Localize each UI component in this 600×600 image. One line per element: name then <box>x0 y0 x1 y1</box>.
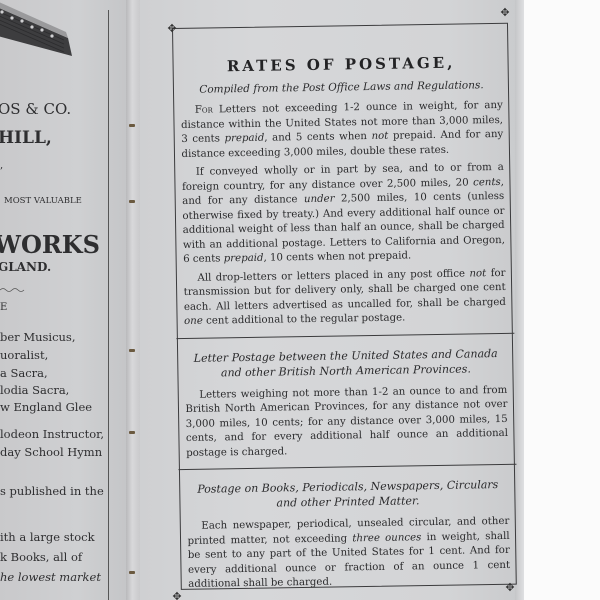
left-page-line: WORKS <box>0 230 100 259</box>
left-page-line: lodeon Instructor, <box>0 427 104 441</box>
text-run: , and 5 cents when <box>264 131 371 144</box>
left-page-line: HILL, <box>0 128 52 148</box>
music-book-illustration <box>0 0 80 84</box>
left-page-line: day School Hymn <box>0 445 102 459</box>
rate-sections: Letter Postage between the United States… <box>185 345 511 592</box>
wavy-rule <box>0 287 40 293</box>
left-page-line: he lowest market <box>0 570 101 584</box>
page-edge <box>515 0 524 600</box>
book-photo: OS & CO.HILL,,MOST VALUABLEWORKSGLAND.Eb… <box>0 0 600 600</box>
text-run: under <box>304 194 335 205</box>
left-page: OS & CO.HILL,,MOST VALUABLEWORKSGLAND.Eb… <box>0 0 130 600</box>
left-page-line: w England Glee <box>0 400 92 414</box>
left-page-line: , <box>0 160 3 171</box>
postage-rates-content: RATES OF POSTAGE, Compiled from the Post… <box>180 53 510 596</box>
left-page-line: GLAND. <box>0 260 51 274</box>
rate-paragraph: For Letters not exceeding 1-2 ounce in w… <box>181 99 504 162</box>
section-paragraph: Each newspaper, periodical, unsealed cir… <box>187 515 510 593</box>
section-divider <box>176 332 514 338</box>
rate-paragraph: If conveyed wholly or in part by sea, an… <box>182 161 506 268</box>
left-page-line: s published in the <box>0 484 104 498</box>
text-run: not <box>371 131 388 142</box>
left-page-line: ber Musicus, <box>0 330 76 344</box>
domestic-letter-rates: For Letters not exceeding 1-2 ounce in w… <box>181 99 507 330</box>
text-run: prepaid <box>224 133 264 145</box>
column-rule <box>108 10 109 600</box>
left-page-line: OS & CO. <box>0 100 71 118</box>
page-subtitle: Compiled from the Post Office Laws and R… <box>180 79 502 96</box>
left-page-line: MOST VALUABLE <box>4 196 82 206</box>
page-title: RATES OF POSTAGE, <box>180 53 502 76</box>
text-run: prepaid <box>224 253 264 265</box>
corner-ornament-icon: ✥ <box>167 24 177 34</box>
section-heading: Postage on Books, Periodicals, Newspaper… <box>187 477 509 512</box>
text-run: cent additional to the regular postage. <box>203 312 406 326</box>
section-divider <box>178 464 516 470</box>
corner-ornament-icon: ✥ <box>500 8 510 18</box>
left-page-line: lodia Sacra, <box>0 383 69 397</box>
text-run: Letters weighing not more than 1-2 an ou… <box>185 384 508 458</box>
background <box>522 0 600 600</box>
left-page-line: uoralist, <box>0 348 48 362</box>
lead-word: For <box>195 104 213 115</box>
text-run: cents <box>473 176 501 187</box>
left-page-line: k Books, all of <box>0 550 82 564</box>
stitch-mark <box>129 431 135 434</box>
text-run: one <box>184 316 203 327</box>
left-page-line: ith a large stock <box>0 530 95 544</box>
section-heading: Letter Postage between the United States… <box>185 345 507 380</box>
stitch-mark <box>129 124 135 127</box>
text-run: , 10 cents when not prepaid. <box>263 250 411 263</box>
corner-ornament-icon: ✥ <box>172 592 182 600</box>
text-run: three ounces <box>352 532 421 544</box>
text-run: All drop-letters or letters placed in an… <box>197 268 469 283</box>
left-page-line: a Sacra, <box>0 366 48 380</box>
rate-paragraph: All drop-letters or letters placed in an… <box>183 266 506 329</box>
stitch-mark <box>129 571 135 574</box>
stitch-mark <box>129 349 135 352</box>
text-run: not <box>469 268 486 279</box>
section-paragraph: Letters weighing not more than 1-2 an ou… <box>185 383 508 461</box>
text-run: If conveyed wholly or in part by sea, an… <box>182 162 504 193</box>
left-page-line: E <box>0 302 7 313</box>
stitch-mark <box>129 200 135 203</box>
